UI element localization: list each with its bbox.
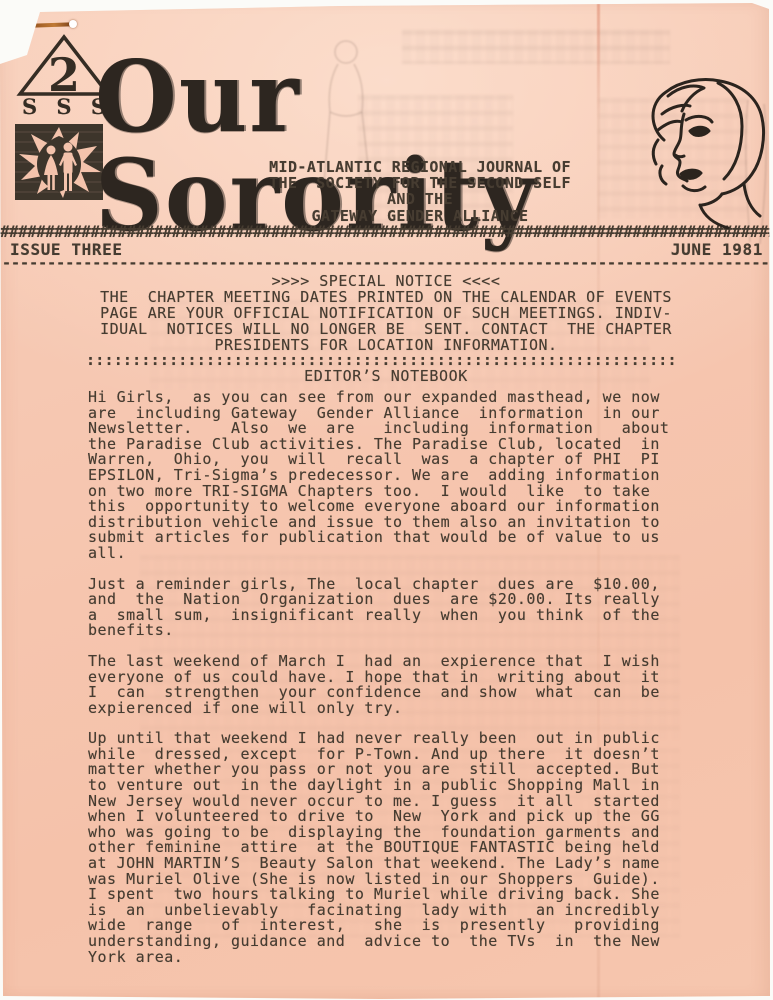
special-notice-body: THE CHAPTER MEETING DATES PRINTED ON THE…: [86, 289, 686, 353]
staple-hole: [69, 20, 77, 28]
masthead-subtitle-line: GATEWAY GENDER ALLIANCE: [150, 208, 690, 224]
body-paragraph: Just a reminder girls, The local chapter…: [88, 577, 700, 639]
woman-face-illustration: [628, 74, 772, 236]
body-paragraph: Up until that weekend I had never really…: [88, 731, 700, 965]
dash-divider: ----------------------------------------…: [2, 256, 773, 271]
masthead-subtitle-line: THE SOCIETY FOR THE SECOND SELF: [150, 175, 690, 191]
badge-number: 2: [48, 48, 80, 98]
colon-divider: ::::::::::::::::::::::::::::::::::::::::…: [86, 351, 686, 366]
paper-sheet: 2 S S S Our Sorority MID-ATLANTIC: [0, 0, 773, 1000]
masthead-subtitle-line: MID-ATLANTIC REGIONAL JOURNAL OF: [150, 159, 690, 175]
article-body: Hi Girls, as you can see from our expand…: [88, 390, 700, 980]
section-heading-editors-notebook: EDITOR’S NOTEBOOK: [86, 367, 686, 385]
masthead-subtitle-line: AND THE: [150, 191, 690, 207]
staple-mark: [32, 22, 72, 27]
society-emblem-icon: [15, 124, 103, 200]
body-paragraph: Hi Girls, as you can see from our expand…: [88, 390, 700, 562]
body-paragraph: The last weekend of March I had an expie…: [88, 654, 700, 716]
